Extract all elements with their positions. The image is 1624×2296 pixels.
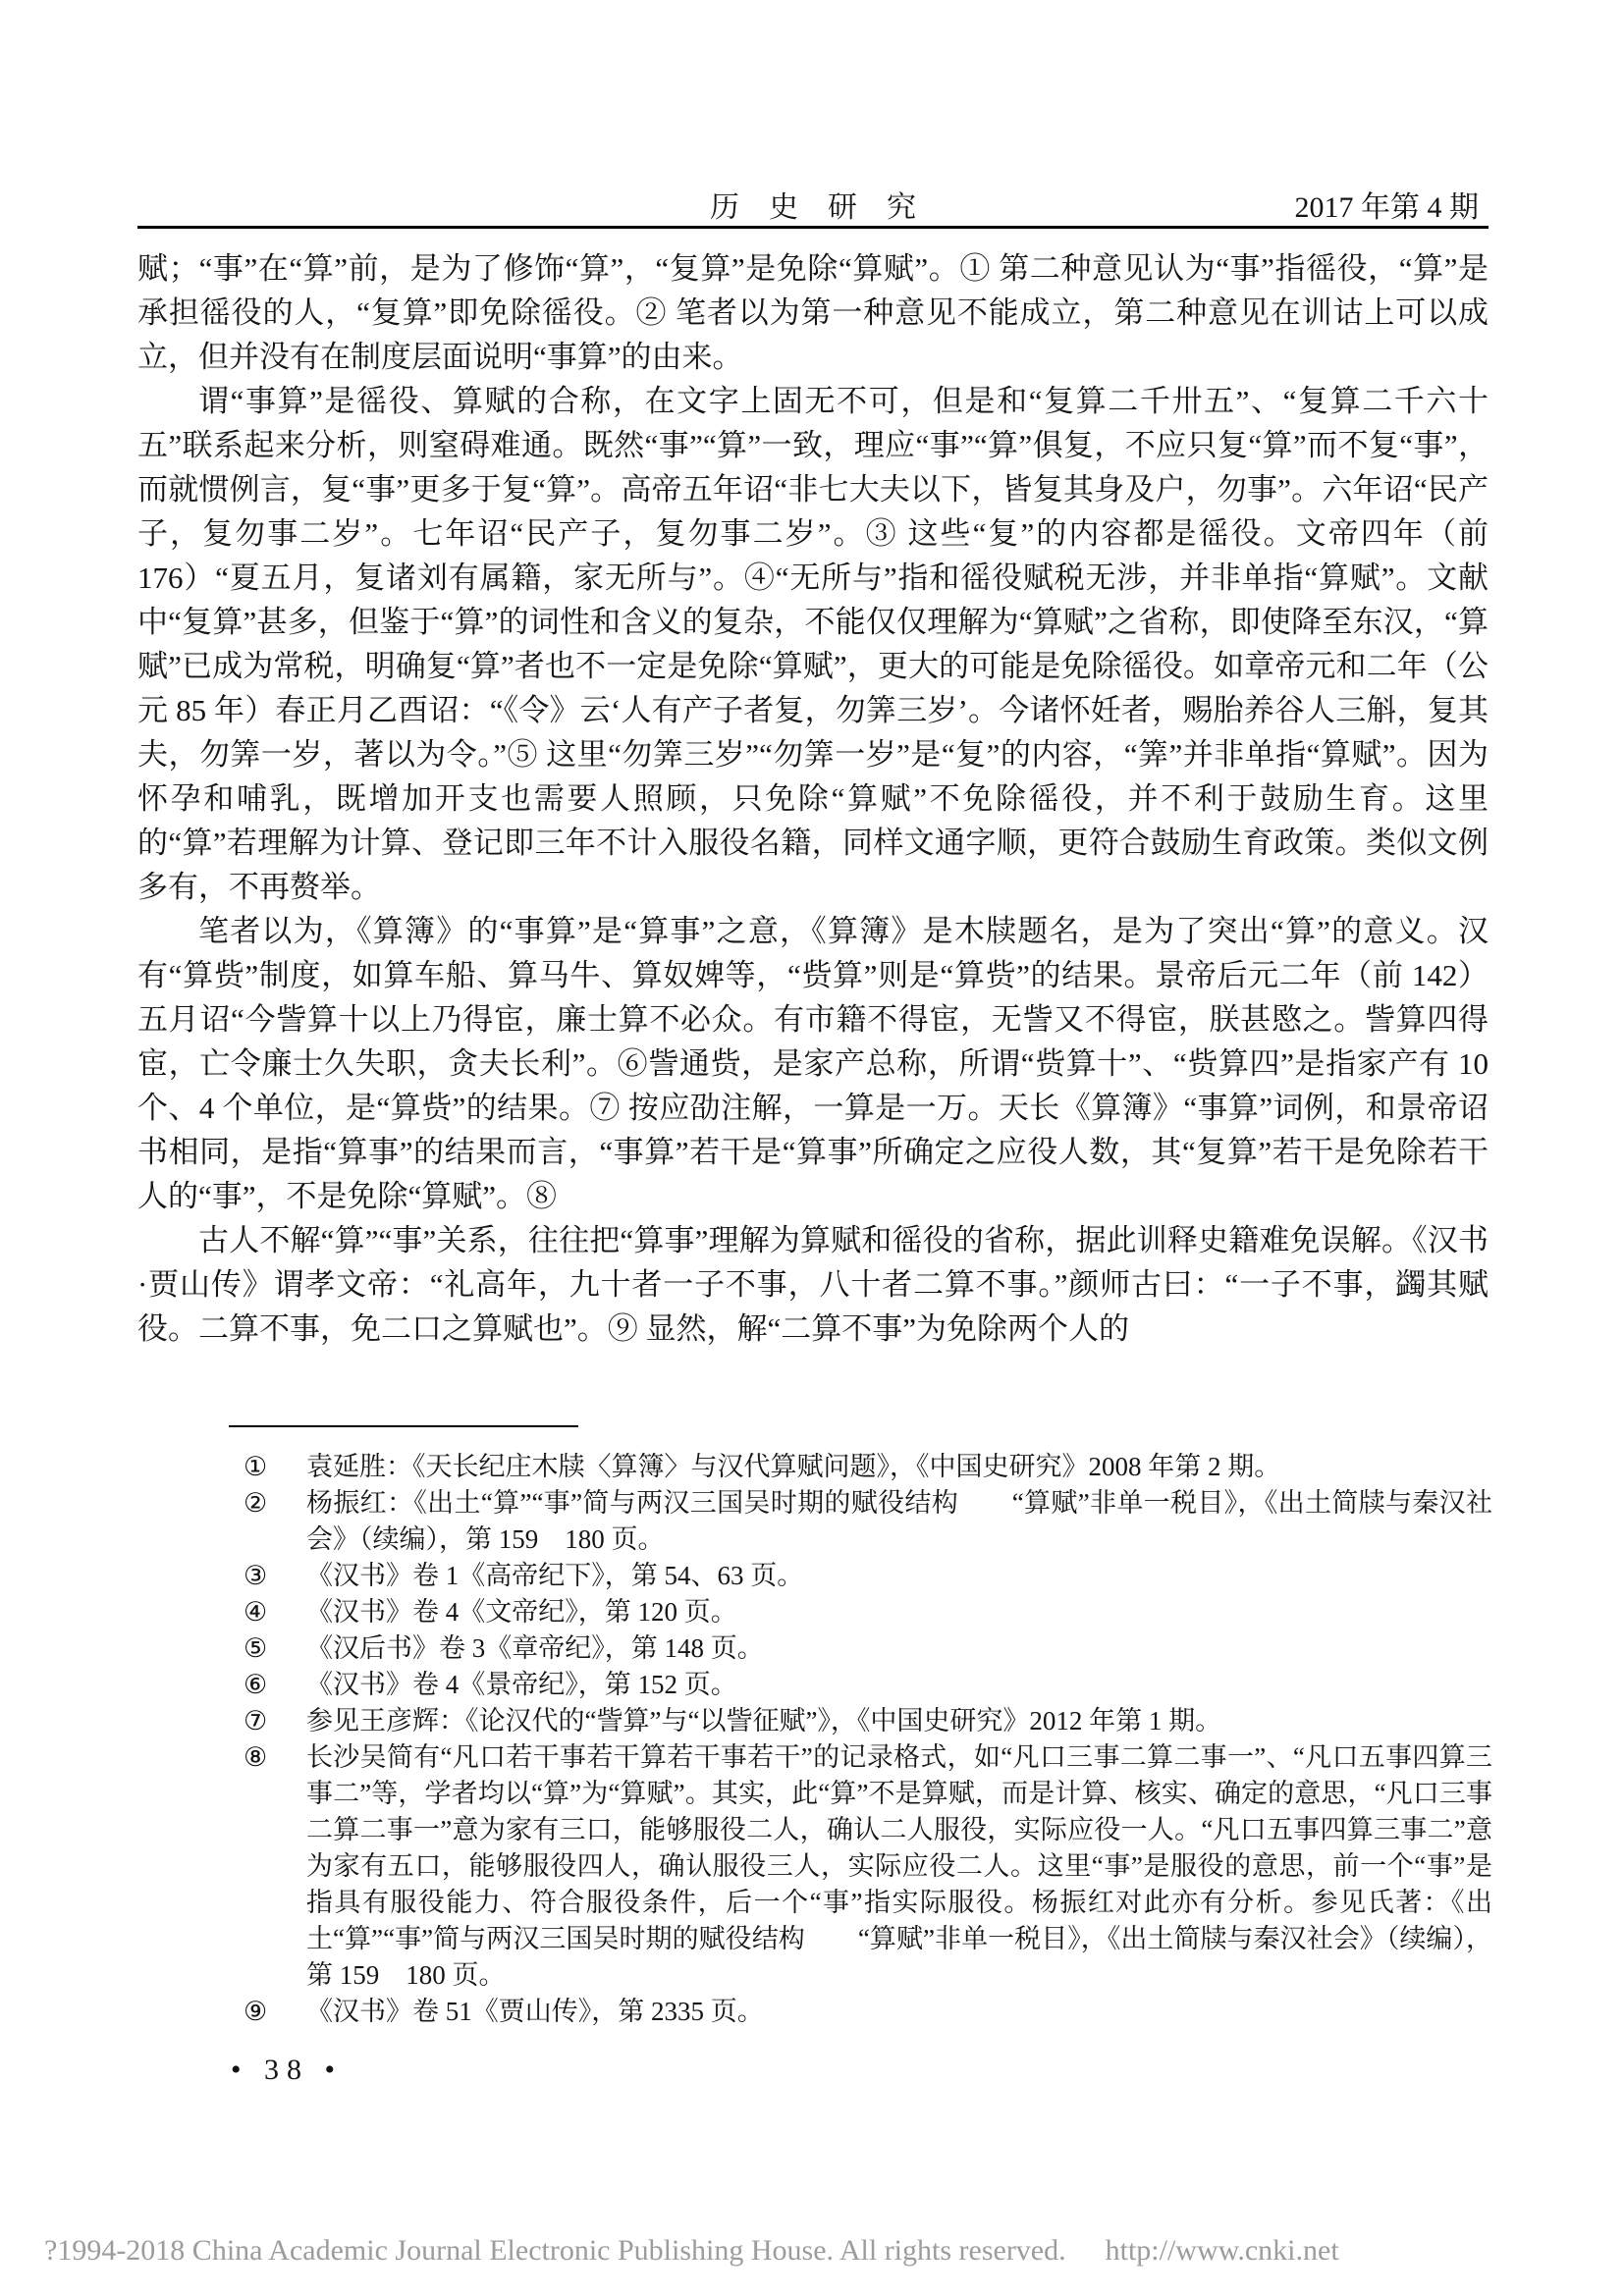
footnote-text: 长沙吴简有“凡口若干事若干算若干事若干”的记录格式，如“凡口三事二算二事一”、“… [306,1739,1492,1994]
footnote-text: 《汉后书》卷 3《章帝纪》，第 148 页。 [306,1630,1492,1667]
footnote-separator [229,1425,578,1427]
footnote-item: ⑨ 《汉书》卷 51《贾山传》，第 2335 页。 [244,1994,1492,2030]
footnote-marker: ⑨ [244,1994,306,2030]
footnote-marker: ① [244,1449,306,1485]
journal-title: 历 史 研 究 [710,183,916,226]
footnote-item: ④ 《汉书》卷 4《文帝纪》，第 120 页。 [244,1594,1492,1630]
issue-label: 2017 年第 4 期 [1295,183,1480,226]
journal-page: 历 史 研 究 2017 年第 4 期 赋；“事”在“算”前，是为了修饰“算”，… [0,0,1624,2296]
article-paragraph: 谓“事算”是徭役、算赋的合称，在文字上固无不可，但是和“复算二千卅五”、“复算二… [137,379,1489,909]
article-paragraph: 赋；“事”在“算”前，是为了修饰“算”，“复算”是免除“算赋”。① 第二种意见认… [137,246,1489,379]
footnote-item: ① 袁延胜：《天长纪庄木牍〈算簿〉与汉代算赋问题》，《中国史研究》2008 年第… [244,1449,1492,1485]
article-body: 赋；“事”在“算”前，是为了修饰“算”，“复算”是免除“算赋”。① 第二种意见认… [137,246,1489,1351]
copyright-text: ?1994-2018 China Academic Journal Electr… [44,2234,1066,2267]
footnote-item: ③ 《汉书》卷 1《高帝纪下》，第 54、63 页。 [244,1558,1492,1594]
footer-watermark: ?1994-2018 China Academic Journal Electr… [44,2234,1339,2268]
article-paragraph: 笔者以为，《算簿》的“事算”是“算事”之意，《算簿》是木牍题名，是为了突出“算”… [137,909,1489,1218]
page-number: • 38 • [231,2054,343,2087]
footnote-marker: ⑤ [244,1630,306,1667]
footnote-text: 《汉书》卷 1《高帝纪下》，第 54、63 页。 [306,1558,1492,1594]
footnote-marker: ⑥ [244,1667,306,1703]
footnote-item: ⑤ 《汉后书》卷 3《章帝纪》，第 148 页。 [244,1630,1492,1667]
footnote-marker: ⑦ [244,1703,306,1739]
footnote-text: 杨振红：《出土“算”“事”简与两汉三国吴时期的赋役结构 “算赋”非单一税目》，《… [306,1485,1492,1558]
footnote-marker: ③ [244,1558,306,1594]
page-header: 历 史 研 究 2017 年第 4 期 [137,183,1489,224]
footnote-text: 袁延胜：《天长纪庄木牍〈算簿〉与汉代算赋问题》，《中国史研究》2008 年第 2… [306,1449,1492,1485]
footnote-item: ⑦ 参见王彦辉：《论汉代的“訾算”与“以訾征赋”》，《中国史研究》2012 年第… [244,1703,1492,1739]
footnote-item: ⑥ 《汉书》卷 4《景帝纪》，第 152 页。 [244,1667,1492,1703]
footnote-text: 《汉书》卷 4《文帝纪》，第 120 页。 [306,1594,1492,1630]
footnote-item: ② 杨振红：《出土“算”“事”简与两汉三国吴时期的赋役结构 “算赋”非单一税目》… [244,1485,1492,1558]
footnote-text: 《汉书》卷 4《景帝纪》，第 152 页。 [306,1667,1492,1703]
footnotes: ① 袁延胜：《天长纪庄木牍〈算簿〉与汉代算赋问题》，《中国史研究》2008 年第… [244,1449,1492,2030]
article-paragraph: 古人不解“算”“事”关系，往往把“算事”理解为算赋和徭役的省称，据此训释史籍难免… [137,1218,1489,1351]
footnote-item: ⑧ 长沙吴简有“凡口若干事若干算若干事若干”的记录格式，如“凡口三事二算二事一”… [244,1739,1492,1994]
footnote-marker: ④ [244,1594,306,1630]
footnote-text: 参见王彦辉：《论汉代的“訾算”与“以訾征赋”》，《中国史研究》2012 年第 1… [306,1703,1492,1739]
footnote-marker: ② [244,1485,306,1522]
footer-url: http://www.cnki.net [1106,2234,1339,2267]
footnote-marker: ⑧ [244,1739,306,1776]
footnote-text: 《汉书》卷 51《贾山传》，第 2335 页。 [306,1994,1492,2030]
header-rule [137,226,1489,229]
